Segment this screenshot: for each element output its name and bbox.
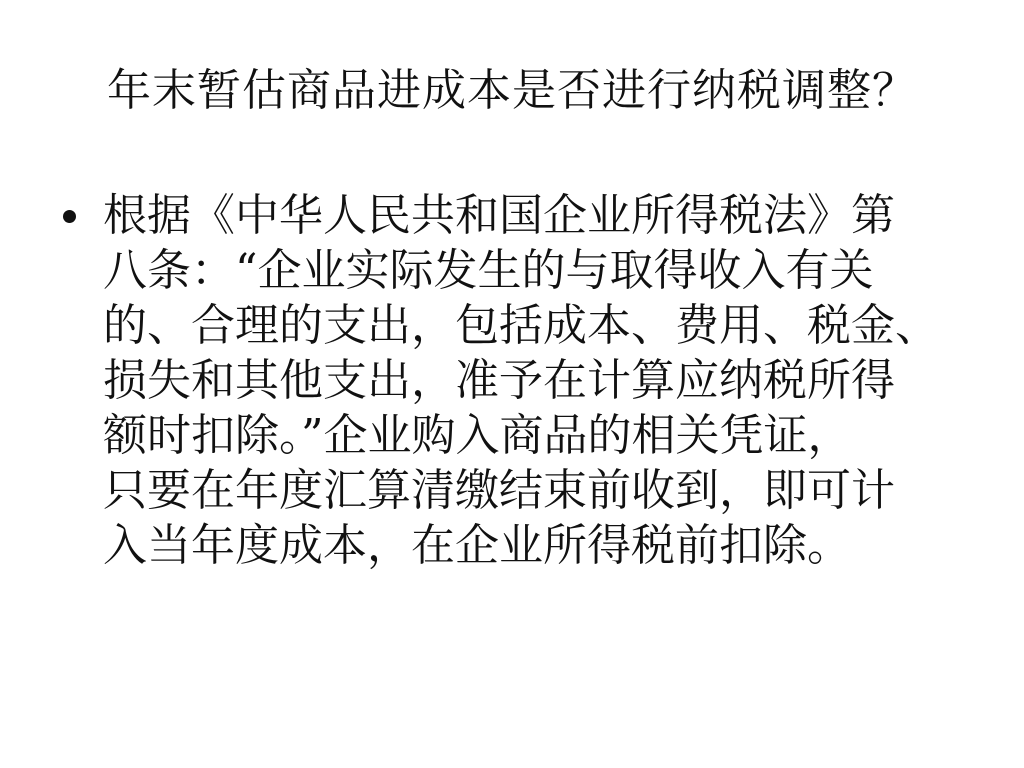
body-text-line: 的、合理的支出，包括成本、费用、税金、 (103, 298, 978, 353)
body-text-line: 损失和其他支出，准予在计算应纳税所得 (103, 353, 978, 408)
body-text-line: 入当年度成本，在企业所得税前扣除。 (103, 518, 978, 573)
body-text-line: 八条：“企业实际发生的与取得收入有关 (103, 243, 978, 298)
slide-title: 年末暂估商品进成本是否进行纳税调整？ (0, 62, 1024, 120)
body-text-line: 根据《中华人民共和国企业所得税法》第 (103, 188, 978, 243)
body-text-line: 额时扣除。”企业购入商品的相关凭证， (103, 408, 978, 463)
body-text-line: 只要在年度汇算清缴结束前收到，即可计 (103, 463, 978, 518)
bullet-list: 根据《中华人民共和国企业所得税法》第 八条：“企业实际发生的与取得收入有关 的、… (58, 188, 978, 573)
presentation-slide: 年末暂估商品进成本是否进行纳税调整？ 根据《中华人民共和国企业所得税法》第 八条… (0, 0, 1024, 768)
bullet-paragraph: 根据《中华人民共和国企业所得税法》第 八条：“企业实际发生的与取得收入有关 的、… (103, 188, 978, 573)
bullet-dot-icon (63, 210, 76, 223)
